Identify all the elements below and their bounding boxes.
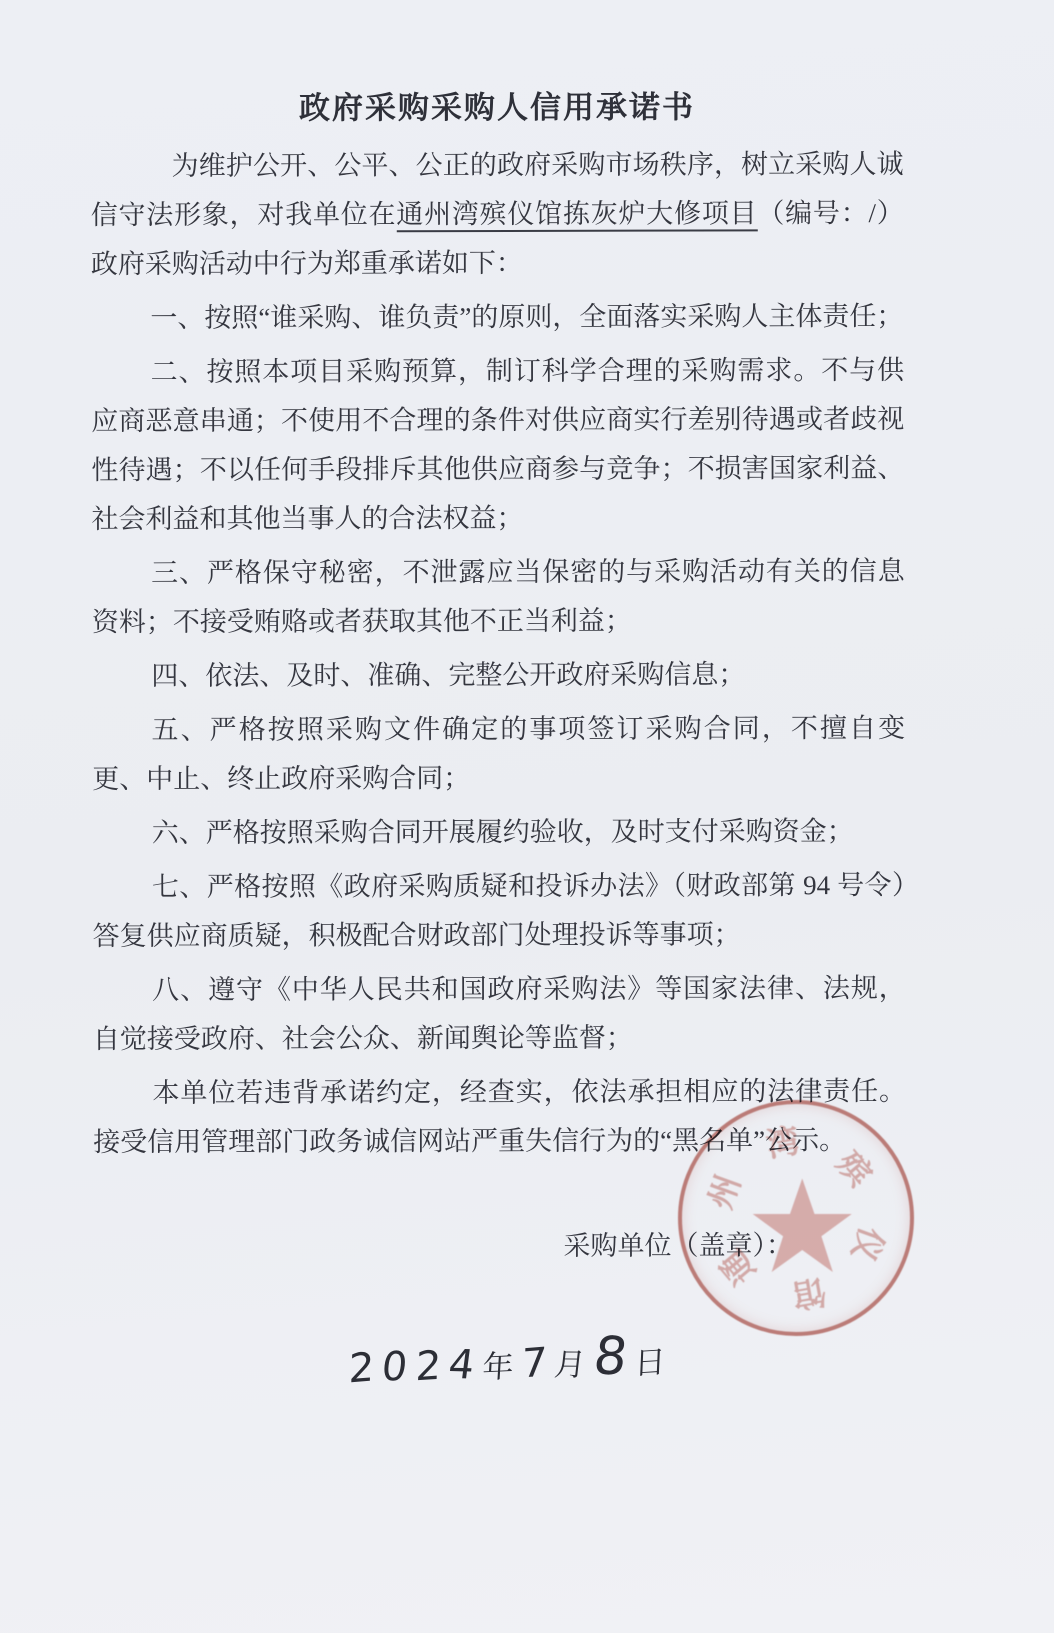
intro-paragraph: 为维护公开、公平、公正的政府采购市场秩序，树立采购人诚信守法形象，对我单位在通州… (91, 140, 904, 289)
handwritten-date: 2024年 7月 8日 (347, 1331, 676, 1396)
commitment-item-2: 二、按照本项目采购预算，制订科学合理的采购需求。不与供应商恶意串通；不使用不合理… (91, 346, 905, 544)
signature-line: 采购单位（盖章）： (563, 1227, 906, 1264)
commitment-item-6: 六、严格按照采购合同开展履约验收，及时支付采购资金； (92, 807, 905, 858)
project-name-underlined: 通州湾殡仪馆拣灰炉大修项目 (396, 198, 757, 232)
commitment-item-3: 三、严格保守秘密，不泄露应当保密的与采购活动有关的信息资料；不接受贿赂或者获取其… (92, 547, 905, 647)
commitment-item-4: 四、依法、及时、准确、完整公开政府采购信息； (92, 650, 905, 701)
date-line: 2024年 7月 8日 (349, 1335, 907, 1393)
closing-paragraph: 本单位若违背承诺约定，经查实，依法承担相应的法律责任。接受信用管理部门政务诚信网… (93, 1067, 906, 1167)
commitment-item-7: 七、严格按照《政府采购质疑和投诉办法》（财政部第 94 号令）答复供应商质疑，积… (92, 861, 905, 961)
commitment-item-5: 五、严格按照采购文件确定的事项签订采购合同，不擅自变更、中止、终止政府采购合同； (92, 704, 905, 804)
document-title: 政府采购采购人信用承诺书 (90, 81, 903, 128)
commitment-item-1: 一、按照“谁采购、谁负责”的原则，全面落实采购人主体责任； (91, 292, 904, 343)
signature-label: 采购单位（盖章）： (563, 1230, 793, 1261)
commitment-item-8: 八、遵守《中华人民共和国政府采购法》等国家法律、法规，自觉接受政府、社会公众、新… (93, 964, 906, 1064)
document-content: 政府采购采购人信用承诺书 为维护公开、公平、公正的政府采购市场秩序，树立采购人诚… (90, 0, 907, 1394)
scanned-document-page: 政府采购采购人信用承诺书 为维护公开、公平、公正的政府采购市场秩序，树立采购人诚… (0, 0, 1054, 1633)
document-body: 为维护公开、公平、公正的政府采购市场秩序，树立采购人诚信守法形象，对我单位在通州… (91, 140, 907, 1394)
